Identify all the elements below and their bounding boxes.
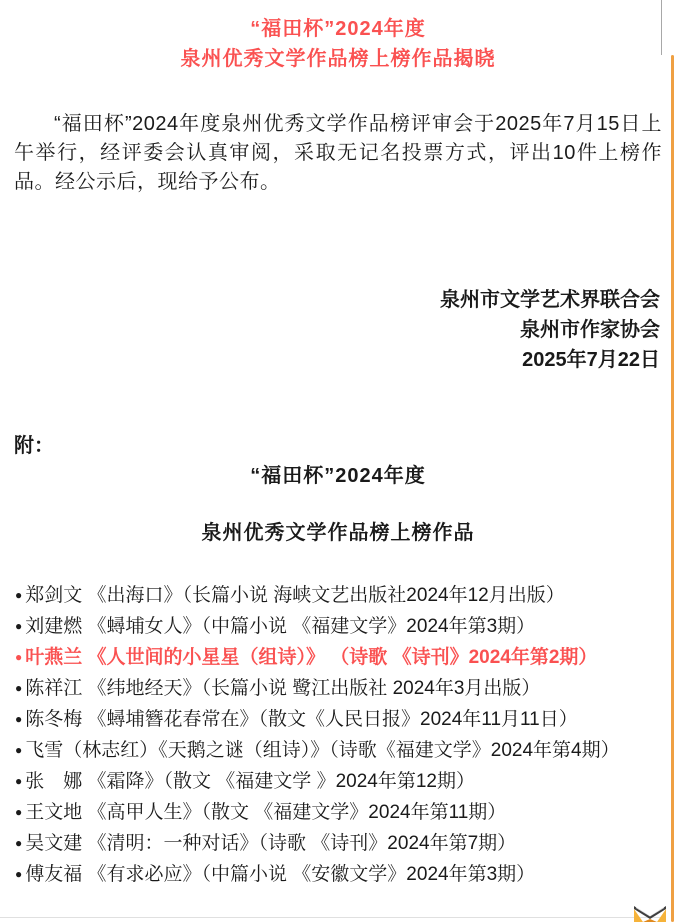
article-title: “福田杯”2024年度 泉州优秀文学作品榜上榜作品揭晓 <box>14 14 662 74</box>
bullet-icon: ● <box>15 774 22 788</box>
list-item: ●刘建燃 《蟳埔女人》（中篇小说 《福建文学》2024年第3期） <box>15 611 662 642</box>
bullet-icon: ● <box>15 867 22 881</box>
work-text: 飞雪（林志红）《天鹅之谜（组诗）》（诗歌《福建文学》2024年第4期） <box>25 740 619 761</box>
work-text: 傅友福 《有求必应》（中篇小说 《安徽文学》2024年第3期） <box>25 864 535 885</box>
list-item: ●王文地 《高甲人生》（散文 《福建文学》2024年第11期） <box>15 797 662 828</box>
bullet-icon: ● <box>15 836 22 850</box>
scrollbar-thumb[interactable] <box>671 55 674 922</box>
list-item: ●郑剑文 《出海口》（长篇小说 海峡文艺出版社2024年12月出版） <box>15 580 662 611</box>
work-text: 吴文建 《清明：一种对话》（诗歌 《诗刊》2024年第7期） <box>25 833 516 854</box>
work-text: 陈祥江 《纬地经天》（长篇小说 鹭江出版社 2024年3月出版） <box>25 678 540 699</box>
work-text: 郑剑文 《出海口》（长篇小说 海峡文艺出版社2024年12月出版） <box>25 585 564 606</box>
signature-org-2: 泉州市作家协会 <box>14 315 660 345</box>
work-text: 叶燕兰 《人世间的小星星（组诗）》 （诗歌 《诗刊》2024年第2期） <box>25 647 597 668</box>
scrollbar-track <box>661 0 662 55</box>
bullet-icon: ● <box>15 805 22 819</box>
bullet-icon: ● <box>15 650 22 664</box>
bullet-icon: ● <box>15 588 22 602</box>
envelope-icon <box>633 905 667 922</box>
bottom-divider <box>0 917 662 918</box>
signature-org-1: 泉州市文学艺术界联合会 <box>14 285 660 315</box>
list-item: ●吴文建 《清明：一种对话》（诗歌 《诗刊》2024年第7期） <box>15 828 662 859</box>
list-item: ●傅友福 《有求必应》（中篇小说 《安徽文学》2024年第3期） <box>15 859 662 890</box>
work-text: 张 娜 《霜降》（散文 《福建文学 》2024年第12期） <box>25 771 475 792</box>
article-content: “福田杯”2024年度 泉州优秀文学作品榜上榜作品揭晓 “福田杯”2024年度泉… <box>0 14 676 890</box>
intro-paragraph: “福田杯”2024年度泉州优秀文学作品榜评审会于2025年7月15日上午举行，经… <box>14 110 662 197</box>
works-list: ●郑剑文 《出海口》（长篇小说 海峡文艺出版社2024年12月出版） ●刘建燃 … <box>14 580 662 890</box>
bullet-icon: ● <box>15 619 22 633</box>
bullet-icon: ● <box>15 681 22 695</box>
work-text: 王文地 《高甲人生》（散文 《福建文学》2024年第11期） <box>25 802 506 823</box>
appendix-label: 附： <box>14 431 662 461</box>
work-text: 刘建燃 《蟳埔女人》（中篇小说 《福建文学》2024年第3期） <box>25 616 535 637</box>
list-item: ●张 娜 《霜降》（散文 《福建文学 》2024年第12期） <box>15 766 662 797</box>
list-item: ●陈祥江 《纬地经天》（长篇小说 鹭江出版社 2024年3月出版） <box>15 673 662 704</box>
appendix-title-line1: “福田杯”2024年度 <box>14 461 662 491</box>
list-item: ●陈冬梅 《蟳埔簪花春常在》（散文《人民日报》2024年11月11日） <box>15 704 662 735</box>
work-text: 陈冬梅 《蟳埔簪花春常在》（散文《人民日报》2024年11月11日） <box>25 709 578 730</box>
list-item: ●飞雪（林志红）《天鹅之谜（组诗）》（诗歌《福建文学》2024年第4期） <box>15 735 662 766</box>
list-item: ●叶燕兰 《人世间的小星星（组诗）》 （诗歌 《诗刊》2024年第2期） <box>15 642 662 673</box>
bullet-icon: ● <box>15 712 22 726</box>
appendix-title-line2: 泉州优秀文学作品榜上榜作品 <box>14 518 662 548</box>
article-title-line2: 泉州优秀文学作品榜上榜作品揭晓 <box>14 44 662 74</box>
bullet-icon: ● <box>15 743 22 757</box>
article-page: “福田杯”2024年度 泉州优秀文学作品榜上榜作品揭晓 “福田杯”2024年度泉… <box>0 0 676 922</box>
signature-block: 泉州市文学艺术界联合会 泉州市作家协会 2025年7月22日 <box>14 285 662 375</box>
signature-date: 2025年7月22日 <box>14 345 660 375</box>
article-title-line1: “福田杯”2024年度 <box>14 14 662 44</box>
